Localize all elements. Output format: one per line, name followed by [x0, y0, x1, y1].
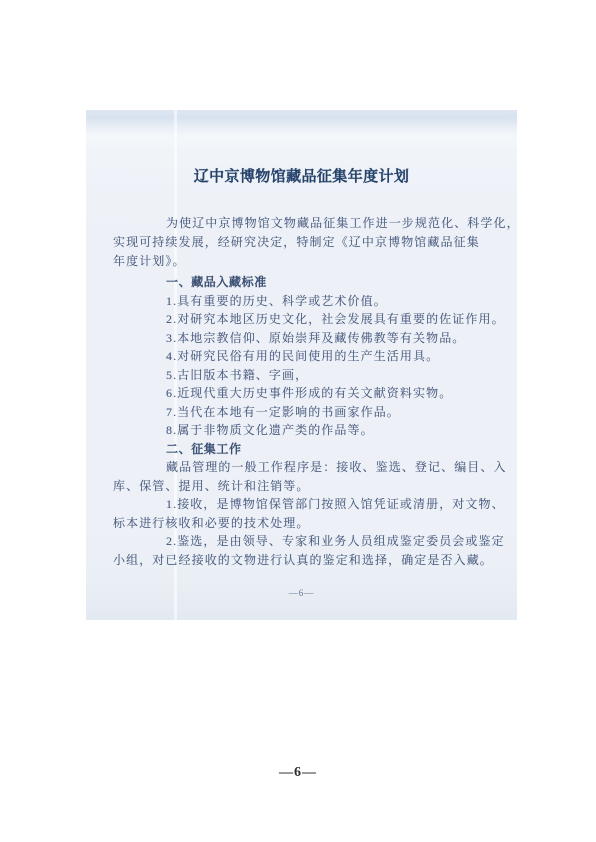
doc-line: 7.当代在本地有一定影响的书画家作品。 — [166, 406, 400, 419]
page-background: 辽中京博物馆藏品征集年度计划 为使辽中京博物馆文物藏品征集工作进一步规范化、科学… — [0, 0, 596, 842]
scanned-page: 辽中京博物馆藏品征集年度计划 为使辽中京博物馆文物藏品征集工作进一步规范化、科学… — [86, 110, 517, 620]
document-title: 辽中京博物馆藏品征集年度计划 — [86, 169, 517, 186]
doc-line: 小组，对已经接收的文物进行认真的鉴定和选择，确定是否入藏。 — [113, 554, 493, 567]
doc-line: 年度计划》。 — [113, 255, 186, 268]
doc-line: 6.近现代重大历史事件形成的有关文献资料实物。 — [166, 387, 452, 400]
doc-line: 实现可持续发展，经研究决定，特制定《辽中京博物馆藏品征集 — [113, 236, 480, 249]
doc-line: 2.鉴选，是由领导、专家和业务人员组成鉴定委员会或鉴定 — [166, 535, 505, 548]
doc-line: 1.接收，是博物馆保管部门按照入馆凭证或清册，对文物、 — [166, 498, 505, 511]
doc-line: 标本进行核收和必要的技术处理。 — [113, 517, 310, 530]
doc-line: 3.本地宗教信仰、原始崇拜及藏传佛教等有关物品。 — [166, 332, 465, 345]
inner-page-number: —6— — [86, 589, 517, 598]
doc-line: 藏品管理的一般工作程序是：接收、鉴选、登记、编目、入 — [166, 461, 507, 474]
doc-line: 库、保管、提用、统计和注销等。 — [113, 480, 310, 493]
doc-line: 2.对研究本地区历史文化，社会发展具有重要的佐证作用。 — [166, 313, 505, 326]
section-heading: 二、征集工作 — [166, 443, 242, 456]
footer-page-number: —6— — [0, 766, 596, 780]
doc-line: 1.具有重要的历史、科学或艺术价值。 — [166, 295, 387, 308]
doc-line: 5.古旧版本书籍、字画， — [166, 369, 308, 382]
doc-line: 8.属于非物质文化遗产类的作品等。 — [166, 424, 374, 437]
section-heading: 一、藏品入藏标准 — [166, 276, 267, 289]
doc-line: 为使辽中京博物馆文物藏品征集工作进一步规范化、科学化， — [166, 217, 520, 230]
doc-line: 4.对研究民俗有用的民间使用的生产生活用具。 — [166, 350, 439, 363]
